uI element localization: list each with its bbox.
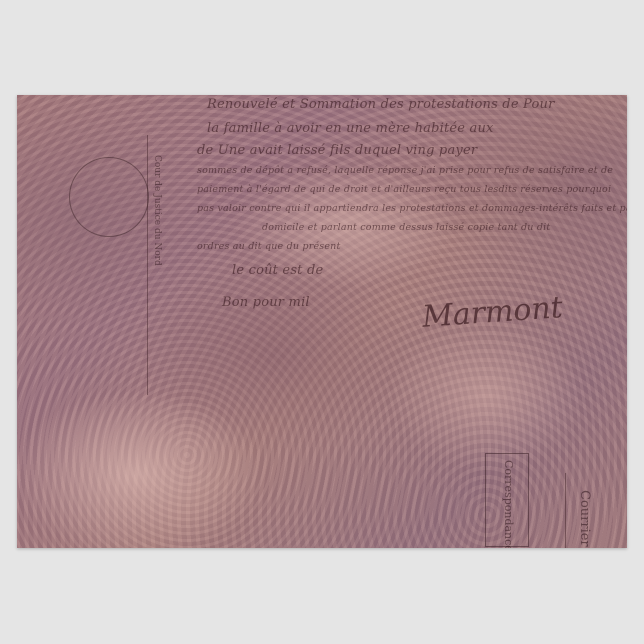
script-line: la famille à avoir en une mère habitée a… bbox=[207, 121, 494, 136]
script-line: le coût est de bbox=[232, 263, 323, 278]
ruled-line bbox=[147, 135, 148, 395]
vertical-text: Correspondance bbox=[502, 460, 515, 548]
ruled-line bbox=[565, 473, 566, 548]
script-line: Renouvelé et Sommation des protestations… bbox=[207, 97, 555, 112]
script-line: de Une avait laissé fils duquel ving pay… bbox=[197, 143, 477, 158]
script-line: Bon pour mil bbox=[222, 295, 310, 310]
vertical-text: Courrier bbox=[577, 490, 592, 547]
vertical-text: Cour de Justice du Nord bbox=[152, 155, 162, 266]
vintage-paper-sheet: Renouvelé et Sommation des protestations… bbox=[17, 95, 627, 548]
handwritten-signature: Marmont bbox=[421, 290, 564, 335]
script-line: sommes de dépôt a refusé, laquelle répon… bbox=[197, 165, 613, 176]
postmark-circle bbox=[69, 157, 149, 237]
script-line: ordres au dit que du présent bbox=[197, 241, 341, 252]
script-line: pas valoir contre qui il appartiendra le… bbox=[197, 203, 627, 214]
script-line: paiement à l'égard de qui de droit et d'… bbox=[197, 184, 611, 195]
script-line: domicile et parlant comme dessus laissé … bbox=[262, 222, 550, 233]
